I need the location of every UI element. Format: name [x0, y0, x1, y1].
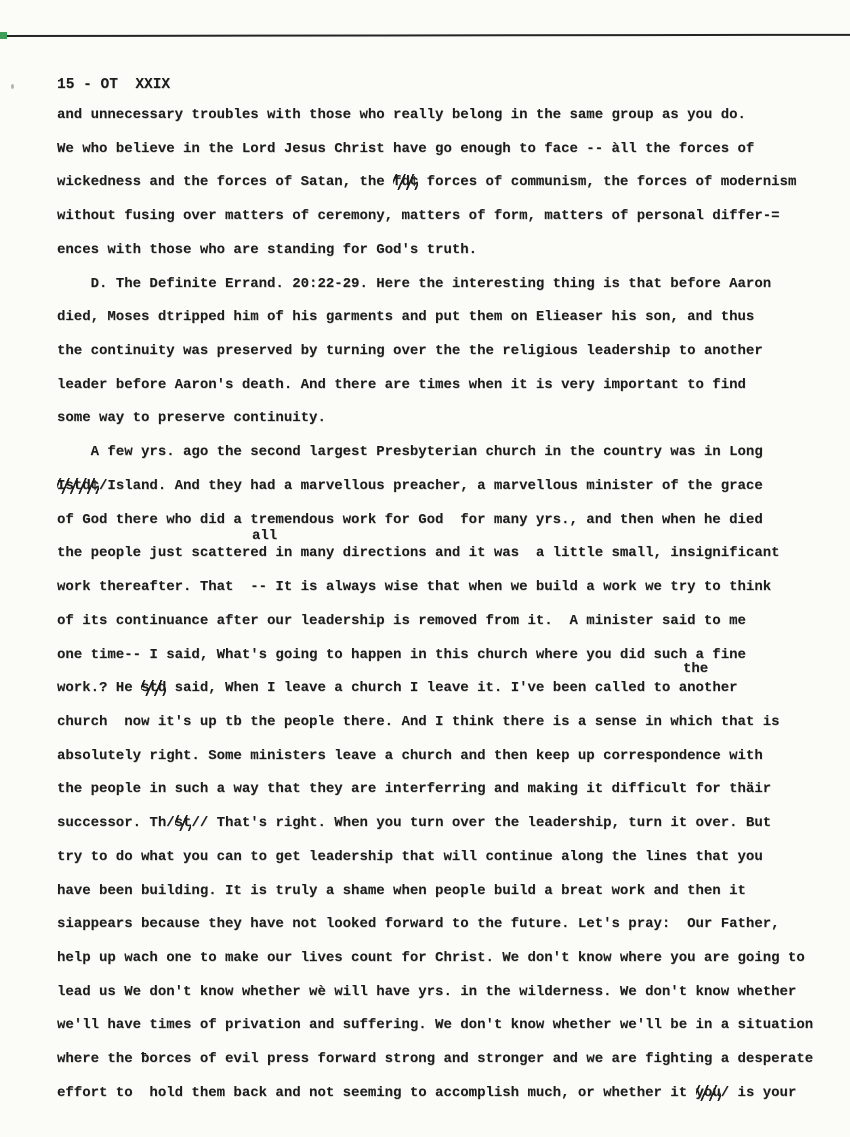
text-line: absolutely right. Some ministers leave a… — [57, 748, 763, 764]
text-segment: said, When I leave a church I leave it. … — [166, 680, 737, 696]
text-line: died, Moses dtripped him of his garments… — [57, 309, 754, 325]
text-line: help up wach one to make our lives count… — [57, 950, 805, 966]
text-line: of God there who did a tremendous work f… — [57, 512, 763, 528]
struck-out-text: st — [175, 815, 192, 831]
text-line: lead us We don't know whether wè will ha… — [57, 984, 796, 1000]
text-line: we'll have times of privation and suffer… — [57, 1017, 813, 1033]
text-line: siappears because they have not looked f… — [57, 916, 780, 932]
struck-out-text: you — [696, 1085, 721, 1101]
text-line: We who believe in the Lord Jesus Christ … — [57, 141, 754, 157]
scan-green-artifact — [0, 32, 7, 39]
text-line: effort to hold them back and not seeming… — [57, 1085, 796, 1101]
text-line: work thereafter. That -- It is always wi… — [57, 579, 771, 595]
text-line: some way to preserve continuity. — [57, 410, 326, 426]
struck-out-text: Istd¢ — [57, 478, 99, 494]
interline-insert-all: all — [252, 528, 277, 544]
text-line: and unnecessary troubles with those who … — [57, 107, 746, 123]
text-line: ences with those who are standing for Go… — [57, 242, 477, 258]
scanned-page: 15 - OT XXIX and unnecessary troubles wi… — [0, 0, 850, 1137]
text-line: leader before Aaron's death. And there a… — [57, 377, 746, 393]
text-line: where the ƀorces of evil press forward s… — [57, 1051, 813, 1067]
text-line: the people in such a way that they are i… — [57, 781, 771, 797]
text-line: of its continuance after our leadership … — [57, 613, 746, 629]
text-segment: successor. Th/ — [57, 815, 175, 831]
text-segment: wickedness and the forces of Satan, the — [57, 174, 393, 190]
text-segment: / is your — [721, 1085, 797, 1101]
text-line: have been building. It is truly a shame … — [57, 883, 746, 899]
scan-speck — [11, 84, 14, 89]
text-line: wickedness and the forces of Satan, the … — [57, 174, 796, 190]
text-segment: /Island. And they had a marvellous preac… — [99, 478, 763, 494]
text-segment: // That's right. When you turn over the … — [191, 815, 771, 831]
text-line: successor. Th/st// That's right. When yo… — [57, 815, 771, 831]
text-segment: forces of communism, the forces of moder… — [418, 174, 796, 190]
text-line: one time-- I said, What's going to happe… — [57, 647, 746, 663]
text-line: A few yrs. ago the second largest Presby… — [57, 444, 763, 460]
scan-top-edge-line — [0, 34, 850, 37]
text-segment: work.? He — [57, 680, 141, 696]
text-line: church now it's up tb the people there. … — [57, 714, 780, 730]
text-line: the people just scattered in many direct… — [57, 545, 780, 561]
interline-insert-the: the — [683, 661, 708, 677]
text-line: Istd¢/Island. And they had a marvellous … — [57, 478, 763, 494]
page-number-header: 15 - OT XXIX — [57, 77, 170, 93]
text-line: without fusing over matters of ceremony,… — [57, 208, 780, 224]
text-line: D. The Definite Errand. 20:22-29. Here t… — [57, 276, 771, 292]
text-line: work.? He std said, When I leave a churc… — [57, 680, 738, 696]
struck-out-text: std — [141, 680, 166, 696]
text-line: the continuity was preserved by turning … — [57, 343, 763, 359]
text-segment: effort to hold them back and not seeming… — [57, 1085, 696, 1101]
text-line: try to do what you can to get leadership… — [57, 849, 763, 865]
struck-out-text: fd¢ — [393, 174, 418, 190]
